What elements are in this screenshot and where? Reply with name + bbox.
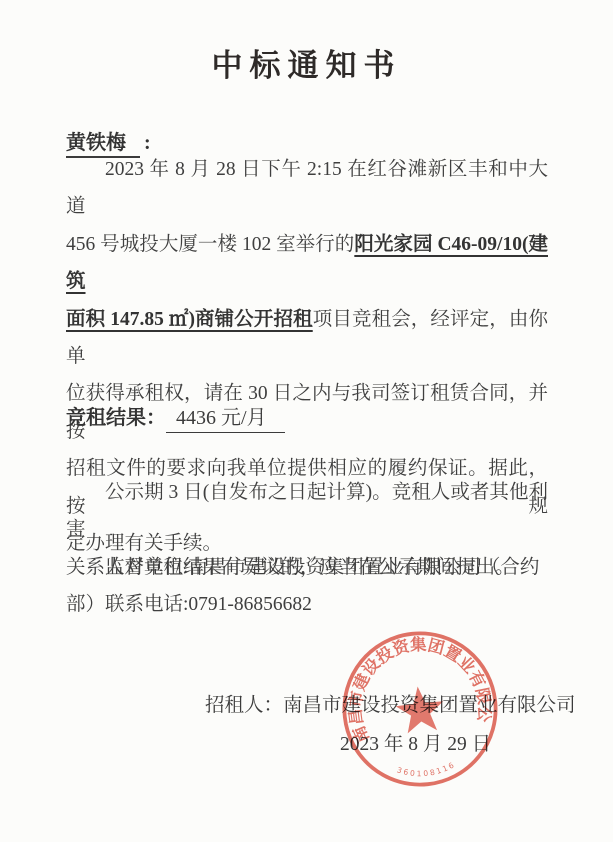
paragraph-line: 456 号城投大厦一楼 102 室举行的阳光家园 C46-09/10(建筑 [66, 226, 548, 301]
bid-result-value: 4436 元/月 [166, 407, 285, 433]
paragraph-line: 公示期 3 日(自发布之日起计算)。竞租人或者其他利害 [66, 474, 548, 549]
paragraph-line: 2023 年 8 月 28 日下午 2:15 在红谷滩新区丰和中大道 [66, 151, 548, 226]
company-red-seal: 南昌市建设投资集团置业有限公司 360108116 [328, 617, 513, 802]
text-segment: 公示期 3 日(自发布之日起计算)。竞租人或者其他利害 [66, 482, 548, 540]
project-name-emphasis: 面积 147.85 ㎡)商铺公开招租 [66, 309, 313, 330]
text-segment: 2023 年 8 月 28 日下午 2:15 在红谷滩新区丰和中大道 [66, 159, 548, 217]
text-segment: 456 号城投大厦一楼 102 室举行的 [66, 234, 354, 255]
paragraph-line: 面积 147.85 ㎡)商铺公开招租项目竞租会，经评定，由你单 [66, 301, 548, 376]
seal-star-icon [394, 684, 446, 734]
notice-document-page: 中标通知书 黄铁梅: 2023 年 8 月 28 日下午 2:15 在红谷滩新区… [0, 0, 613, 842]
document-title: 中标通知书 [0, 40, 613, 85]
bid-result-line: 竞租结果：4436 元/月 [66, 401, 285, 430]
bid-result-label: 竞租结果： [66, 407, 166, 429]
